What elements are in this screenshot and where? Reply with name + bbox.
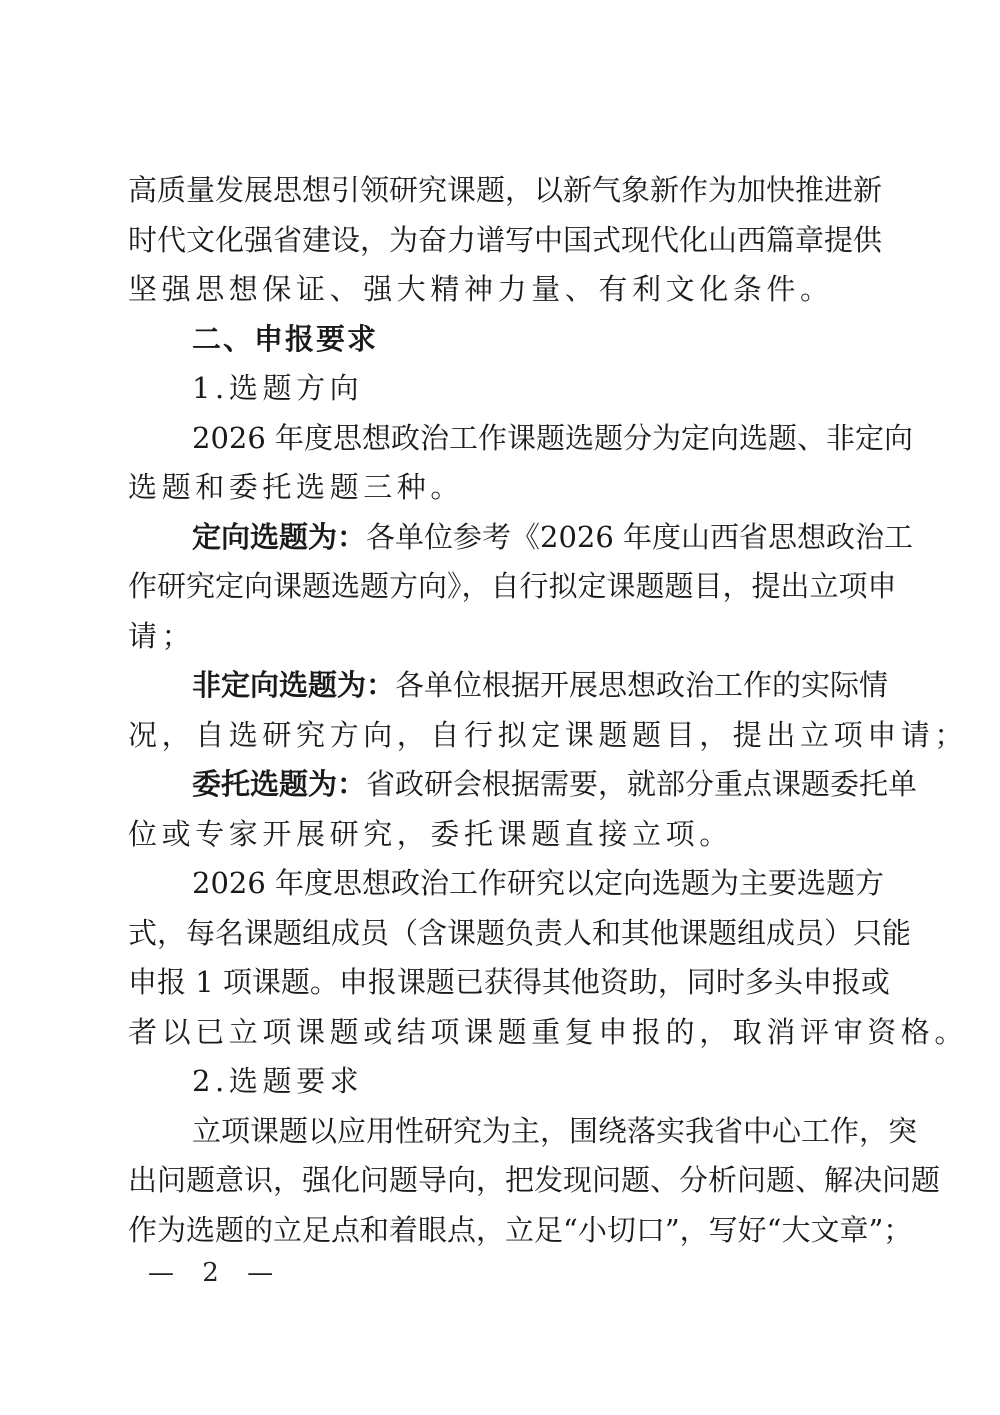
paragraph-text: 各单位参考《2026 年度山西省思想政治工 (366, 520, 913, 554)
body-line: 式，每名课题组成员（含课题负责人和其他课题组成员）只能 (128, 909, 874, 959)
body-line-labeled: 非定向选题为：各单位根据开展思想政治工作的实际情 (128, 661, 874, 711)
paragraph-label: 委托选题为： (192, 767, 366, 801)
body-line: 位或专家开展研究，委托课题直接立项。 (128, 810, 874, 860)
body-line: 选题和委托选题三种。 (128, 463, 874, 513)
body-line: 时代文化强省建设，为奋力谱写中国式现代化山西篇章提供 (128, 216, 874, 266)
body-line: 高质量发展思想引领研究课题，以新气象新作为加快推进新 (128, 166, 874, 216)
section-heading: 二、申报要求 (128, 315, 874, 365)
body-line: 作为选题的立足点和着眼点，立足“小切口”，写好“大文章”； (128, 1206, 874, 1256)
subheading-topic-direction: 1.选题方向 (128, 364, 874, 414)
body-line: 坚强思想保证、强大精神力量、有利文化条件。 (128, 265, 874, 315)
paragraph-text: 省政研会根据需要，就部分重点课题委托单 (366, 767, 917, 801)
document-page: 高质量发展思想引领研究课题，以新气象新作为加快推进新 时代文化强省建设，为奋力谱… (128, 166, 874, 1255)
body-line-labeled: 定向选题为：各单位参考《2026 年度山西省思想政治工 (128, 513, 874, 563)
body-line: 作研究定向课题选题方向》，自行拟定课题题目，提出立项申 (128, 562, 874, 612)
page-number: — 2 — (148, 1258, 283, 1288)
body-line: 申报 1 项课题。申报课题已获得其他资助，同时多头申报或 (128, 958, 874, 1008)
paragraph-label: 非定向选题为： (192, 668, 395, 702)
paragraph-text: 各单位根据开展思想政治工作的实际情 (395, 668, 888, 702)
body-line: 2026 年度思想政治工作课题选题分为定向选题、非定向 (128, 414, 874, 464)
paragraph-label: 定向选题为： (192, 520, 366, 554)
body-line-labeled: 委托选题为：省政研会根据需要，就部分重点课题委托单 (128, 760, 874, 810)
body-line: 立项课题以应用性研究为主，围绕落实我省中心工作，突 (128, 1107, 874, 1157)
body-line: 2026 年度思想政治工作研究以定向选题为主要选题方 (128, 859, 874, 909)
body-line: 请； (128, 612, 874, 662)
subheading-topic-requirements: 2.选题要求 (128, 1057, 874, 1107)
body-line: 者以已立项课题或结项课题重复申报的，取消评审资格。 (128, 1008, 874, 1058)
body-line: 出问题意识，强化问题导向，把发现问题、分析问题、解决问题 (128, 1156, 874, 1206)
body-line: 况，自选研究方向，自行拟定课题题目，提出立项申请； (128, 711, 874, 761)
